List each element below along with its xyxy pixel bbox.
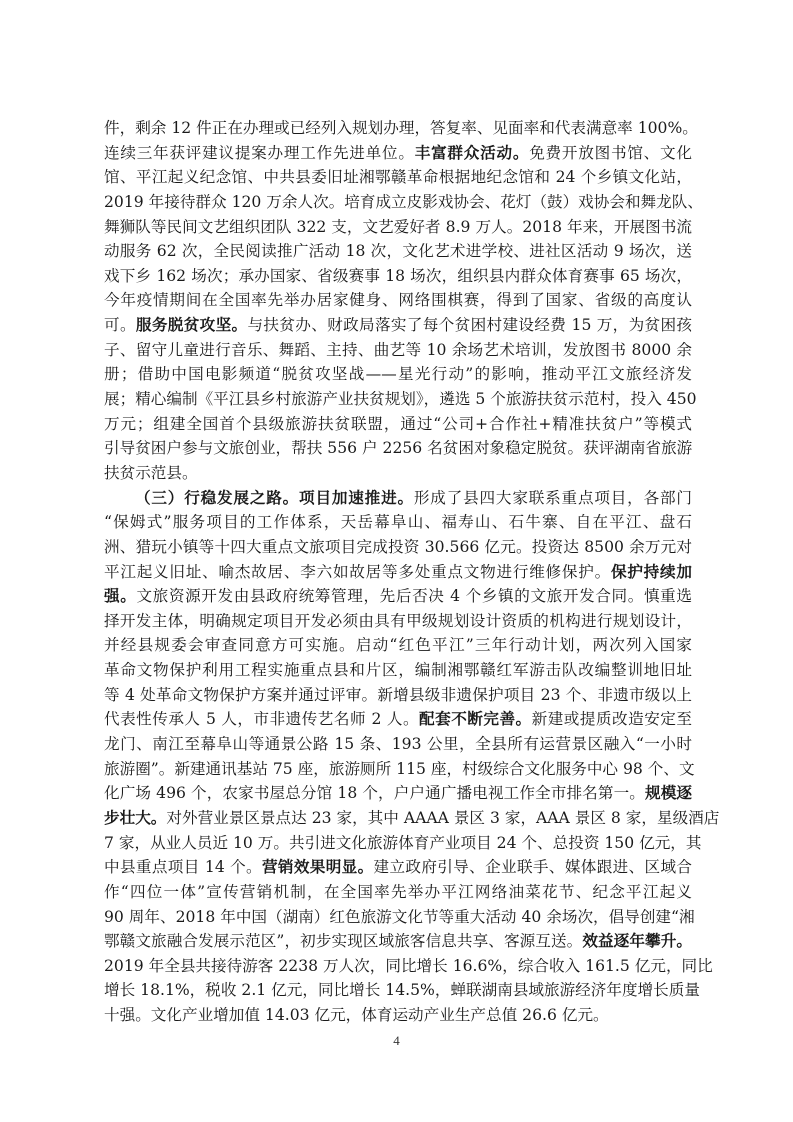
text-line: 并经县规委会审查同意方可实施。启动“红色平江”三年行动计划，两次列入国家	[104, 633, 692, 658]
text-line: 件，剩余 12 件正在办理或已经列入规划办理，答复率、见面率和代表满意率 100…	[104, 116, 692, 141]
text-line: 十强。文化产业增加值 14.03 亿元，体育运动产业生产总值 26.6 亿元。	[104, 1003, 692, 1028]
bold-heading-phrase: 服务脱贫攻坚。	[136, 315, 248, 334]
text-line: 中县重点项目 14 个。营销效果明显。建立政府引导、企业联手、媒体跟进、区域合	[104, 855, 692, 880]
text-run: 新建或提质改造安定至	[532, 710, 692, 728]
text-line: 强。文旅资源开发由县政府统筹管理，先后否决 4 个乡镇的文旅开发合同。慎重选	[104, 584, 692, 609]
text-run: 今年疫情期间在全国率先举办居家健身、网络围棋赛，得到了国家、省级的高度认	[104, 291, 692, 309]
text-run: 文旅资源开发由县政府统筹管理，先后否决 4 个乡镇的文旅开发合同。慎重选	[136, 587, 692, 605]
text-line: （三）行稳发展之路。项目加速推进。形成了县四大家联系重点项目，各部门	[104, 486, 692, 511]
text-run: 十强。文化产业增加值 14.03 亿元，体育运动产业生产总值 26.6 亿元。	[104, 1006, 609, 1024]
text-run: 与扶贫办、财政局落实了每个贫困村建设经费 15 万，为贫困孩	[247, 316, 692, 334]
text-run: 扶贫示范县。	[104, 464, 198, 482]
text-run: 2019 年全县共接待游客 2238 万人次，同比增长 16.6%，综合收入 1…	[104, 957, 713, 975]
text-run: 旅游圈”。新建通讯基站 75 座，旅游厕所 115 座，村级综合文化服务中心 9…	[104, 760, 695, 778]
text-line: 步壮大。对外营业景区景点达 23 家，其中 AAAA 景区 3 家，AAA 景区…	[104, 806, 692, 831]
text-line: 化广场 496 个，农家书屋总分馆 18 个，户户通广播电视工作全市排名第一。规…	[104, 781, 692, 806]
text-line: 册；借助中国电影频道“脱贫攻坚战——星光行动”的影响，推动平江文旅经济发	[104, 362, 692, 387]
bold-heading-phrase: 效益逐年攀升。	[582, 931, 692, 950]
text-run: 件，剩余 12 件正在办理或已经列入规划办理，答复率、见面率和代表满意率 100…	[104, 119, 698, 137]
text-line: 作“四位一体”宣传营销机制，在全国率先举办平江网络油菜花节、纪念平江起义	[104, 880, 692, 905]
text-line: 展；精心编制《平江县乡村旅游产业扶贫规划》，遴选 5 个旅游扶贫示范村，投入 4…	[104, 387, 692, 412]
bold-heading-phrase: 配套不断完善。	[419, 709, 532, 728]
text-run: 馆、平江起义纪念馆、中共县委旧址湘鄂赣革命根据地纪念馆和 24 个乡镇文化站，	[104, 168, 692, 186]
text-run: 并经县规委会审查同意方可实施。启动“红色平江”三年行动计划，两次列入国家	[104, 636, 692, 654]
text-line: 7 家，从业人员近 10 万。共引进文化旅游体育产业项目 24 个、总投资 15…	[104, 831, 692, 856]
text-run: 革命文物保护利用工程实施重点县和片区，编制湘鄂赣红军游击队改编整训地旧址	[104, 661, 692, 679]
text-line: 子、留守儿童进行音乐、舞蹈、主持、曲艺等 10 余场艺术培训，发放图书 8000…	[104, 338, 692, 363]
text-run: 7 家，从业人员近 10 万。共引进文化旅游体育产业项目 24 个、总投资 15…	[104, 834, 701, 852]
text-line: 馆、平江起义纪念馆、中共县委旧址湘鄂赣革命根据地纪念馆和 24 个乡镇文化站，	[104, 165, 692, 190]
text-run: 免费开放图书馆、文化	[529, 144, 692, 162]
text-line: 万元；组建全国首个县级旅游扶贫联盟，通过“公司+合作社+精准扶贫户”等模式	[104, 412, 692, 437]
text-line: 2019 年接待群众 120 万余人次。培育成立皮影戏协会、花灯（鼓）戏协会和舞…	[104, 190, 692, 215]
bold-heading-phrase: 保护持续加	[611, 562, 692, 581]
text-run: 册；借助中国电影频道“脱贫攻坚战——星光行动”的影响，推动平江文旅经济发	[104, 365, 692, 383]
text-run: 2019 年接待群众 120 万余人次。培育成立皮影戏协会、花灯（鼓）戏协会和舞…	[104, 193, 703, 211]
text-line: 扶贫示范县。	[104, 461, 692, 486]
body-text: 件，剩余 12 件正在办理或已经列入规划办理，答复率、见面率和代表满意率 100…	[104, 116, 692, 1028]
text-line: 今年疫情期间在全国率先举办居家健身、网络围棋赛，得到了国家、省级的高度认	[104, 288, 692, 313]
text-run: 等 4 处革命文物保护方案并通过评审。新增县级非遗保护项目 23 个、非遗市级以…	[104, 686, 692, 704]
text-run: 建立政府引导、企业联手、媒体跟进、区域合	[374, 858, 692, 876]
text-run: 戏下乡 162 场次；承办国家、省级赛事 18 场次，组织县内群众体育赛事 65…	[104, 267, 692, 285]
text-line: 舞狮队等民间文艺组织团队 322 支，文艺爱好者 8.9 万人。2018 年来，…	[104, 215, 692, 240]
text-line: 龙门、南江至幕阜山等通景公路 15 条、193 公里，全县所有运营景区融入“一小…	[104, 732, 692, 757]
text-line: 2019 年全县共接待游客 2238 万人次，同比增长 16.6%，综合收入 1…	[104, 954, 692, 979]
text-run: 作“四位一体”宣传营销机制，在全国率先举办平江网络油菜花节、纪念平江起义	[104, 883, 692, 901]
text-run: 万元；组建全国首个县级旅游扶贫联盟，通过“公司+合作社+精准扶贫户”等模式	[104, 415, 692, 433]
page-number: 4	[0, 1033, 793, 1049]
text-run: 动服务 62 次，全民阅读推广活动 18 次，文化艺术进学校、进社区活动 9 场…	[104, 242, 692, 260]
text-run: 对外营业景区景点达 23 家，其中 AAAA 景区 3 家，AAA 景区 8 家…	[166, 809, 719, 827]
text-line: 平江起义旧址、喻杰故居、李六如故居等多处重点文物进行维修保护。保护持续加	[104, 560, 692, 585]
text-run: 舞狮队等民间文艺组织团队 322 支，文艺爱好者 8.9 万人。2018 年来，…	[104, 218, 692, 236]
text-line: 代表性传承人 5 人，市非遗传艺名师 2 人。配套不断完善。新建或提质改造安定至	[104, 707, 692, 732]
text-run: 展；精心编制《平江县乡村旅游产业扶贫规划》，遴选 5 个旅游扶贫示范村，投入 4…	[104, 390, 697, 408]
text-line: 连续三年获评建议提案办理工作先进单位。丰富群众活动。免费开放图书馆、文化	[104, 141, 692, 166]
text-line: 旅游圈”。新建通讯基站 75 座，旅游厕所 115 座，村级综合文化服务中心 9…	[104, 757, 692, 782]
text-run: 化广场 496 个，农家书屋总分馆 18 个，户户通广播电视工作全市排名第一。	[104, 784, 645, 802]
bold-heading-phrase: 营销效果明显。	[262, 857, 374, 876]
text-run: 引导贫困户参与文旅创业，帮扶 556 户 2256 名贫困对象稳定脱贫。获评湖南…	[104, 439, 692, 457]
bold-heading-phrase: 强。	[104, 586, 136, 605]
text-line: 等 4 处革命文物保护方案并通过评审。新增县级非遗保护项目 23 个、非遗市级以…	[104, 683, 692, 708]
text-run: 择开发主体，明确规定项目开发必须由具有甲级规划设计资质的机构进行规划设计，	[104, 612, 692, 630]
text-run: 鄂赣文旅融合发展示范区”，初步实现区域旅客信息共享、客源互送。	[104, 932, 582, 950]
text-run: 中县重点项目 14 个。	[104, 858, 262, 876]
text-line: 动服务 62 次，全民阅读推广活动 18 次，文化艺术进学校、进社区活动 9 场…	[104, 239, 692, 264]
text-run: 子、留守儿童进行音乐、舞蹈、主持、曲艺等 10 余场艺术培训，发放图书 8000…	[104, 341, 692, 359]
text-line: “保姆式”服务项目的工作体系，天岳幕阜山、福寿山、石牛寨、自在平江、盘石	[104, 510, 692, 535]
text-line: 洲、猎玩小镇等十四大重点文旅项目完成投资 30.566 亿元。投资达 8500 …	[104, 535, 692, 560]
text-line: 90 周年、2018 年中国（湖南）红色旅游文化节等重大活动 40 余场次，倡导…	[104, 905, 692, 930]
text-line: 增长 18.1%，税收 2.1 亿元，同比增长 14.5%，蝉联湖南县域旅游经济…	[104, 978, 692, 1003]
text-line: 引导贫困户参与文旅创业，帮扶 556 户 2256 名贫困对象稳定脱贫。获评湖南…	[104, 436, 692, 461]
bold-heading-phrase: 步壮大。	[104, 808, 166, 827]
text-run: 连续三年获评建议提案办理工作先进单位。	[104, 144, 415, 162]
text-run: 90 周年、2018 年中国（湖南）红色旅游文化节等重大活动 40 余场次，倡导…	[104, 908, 695, 926]
text-run: 龙门、南江至幕阜山等通景公路 15 条、193 公里，全县所有运营景区融入“一小…	[104, 735, 692, 753]
text-run: “保姆式”服务项目的工作体系，天岳幕阜山、福寿山、石牛寨、自在平江、盘石	[104, 513, 692, 531]
text-run: 增长 18.1%，税收 2.1 亿元，同比增长 14.5%，蝉联湖南县域旅游经济…	[104, 981, 700, 999]
text-run: 平江起义旧址、喻杰故居、李六如故居等多处重点文物进行维修保护。	[104, 563, 611, 581]
document-page: 件，剩余 12 件正在办理或已经列入规划办理，答复率、见面率和代表满意率 100…	[104, 116, 692, 1028]
text-run: 洲、猎玩小镇等十四大重点文旅项目完成投资 30.566 亿元。投资达 8500 …	[104, 538, 692, 556]
text-run: 代表性传承人 5 人，市非遗传艺名师 2 人。	[104, 710, 419, 728]
text-line: 择开发主体，明确规定项目开发必须由具有甲级规划设计资质的机构进行规划设计，	[104, 609, 692, 634]
text-run: 形成了县四大家联系重点项目，各部门	[414, 489, 692, 507]
text-line: 鄂赣文旅融合发展示范区”，初步实现区域旅客信息共享、客源互送。效益逐年攀升。	[104, 929, 692, 954]
bold-heading-phrase: （三）行稳发展之路。项目加速推进。	[135, 488, 414, 507]
text-line: 可。服务脱贫攻坚。与扶贫办、财政局落实了每个贫困村建设经费 15 万，为贫困孩	[104, 313, 692, 338]
bold-heading-phrase: 规模逐	[645, 783, 692, 802]
text-run: 可。	[104, 316, 136, 334]
text-line: 革命文物保护利用工程实施重点县和片区，编制湘鄂赣红军游击队改编整训地旧址	[104, 658, 692, 683]
bold-heading-phrase: 丰富群众活动。	[415, 143, 529, 162]
text-line: 戏下乡 162 场次；承办国家、省级赛事 18 场次，组织县内群众体育赛事 65…	[104, 264, 692, 289]
